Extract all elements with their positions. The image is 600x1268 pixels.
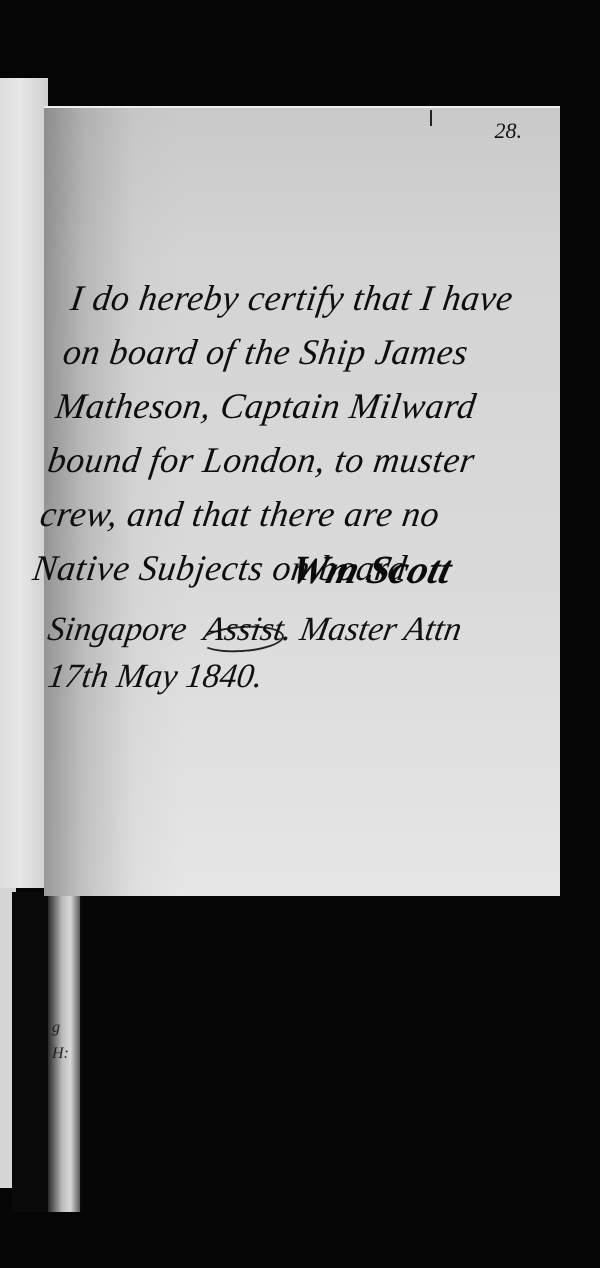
body-line: on board of the Ship James bbox=[60, 325, 578, 379]
body-line: I do hereby certify that I have bbox=[67, 271, 585, 325]
body-line: Matheson, Captain Milward bbox=[52, 379, 570, 433]
scanned-document-page: 28. I do hereby certify that I have on b… bbox=[44, 106, 560, 896]
body-line: bound for London, to muster bbox=[44, 433, 562, 487]
page-number: 28. bbox=[495, 118, 523, 144]
signature: Wm Scott bbox=[286, 546, 457, 593]
signatory-title: Assist. Master Attn bbox=[201, 611, 465, 649]
place-name: Singapore bbox=[45, 611, 189, 649]
ink-tick-mark bbox=[430, 110, 432, 126]
spine-text-fragment: gH: bbox=[52, 1015, 69, 1067]
body-line: crew, and that there are no bbox=[37, 487, 555, 541]
adjacent-page-edge bbox=[0, 78, 48, 888]
document-date: 17th May 1840. bbox=[45, 658, 265, 696]
